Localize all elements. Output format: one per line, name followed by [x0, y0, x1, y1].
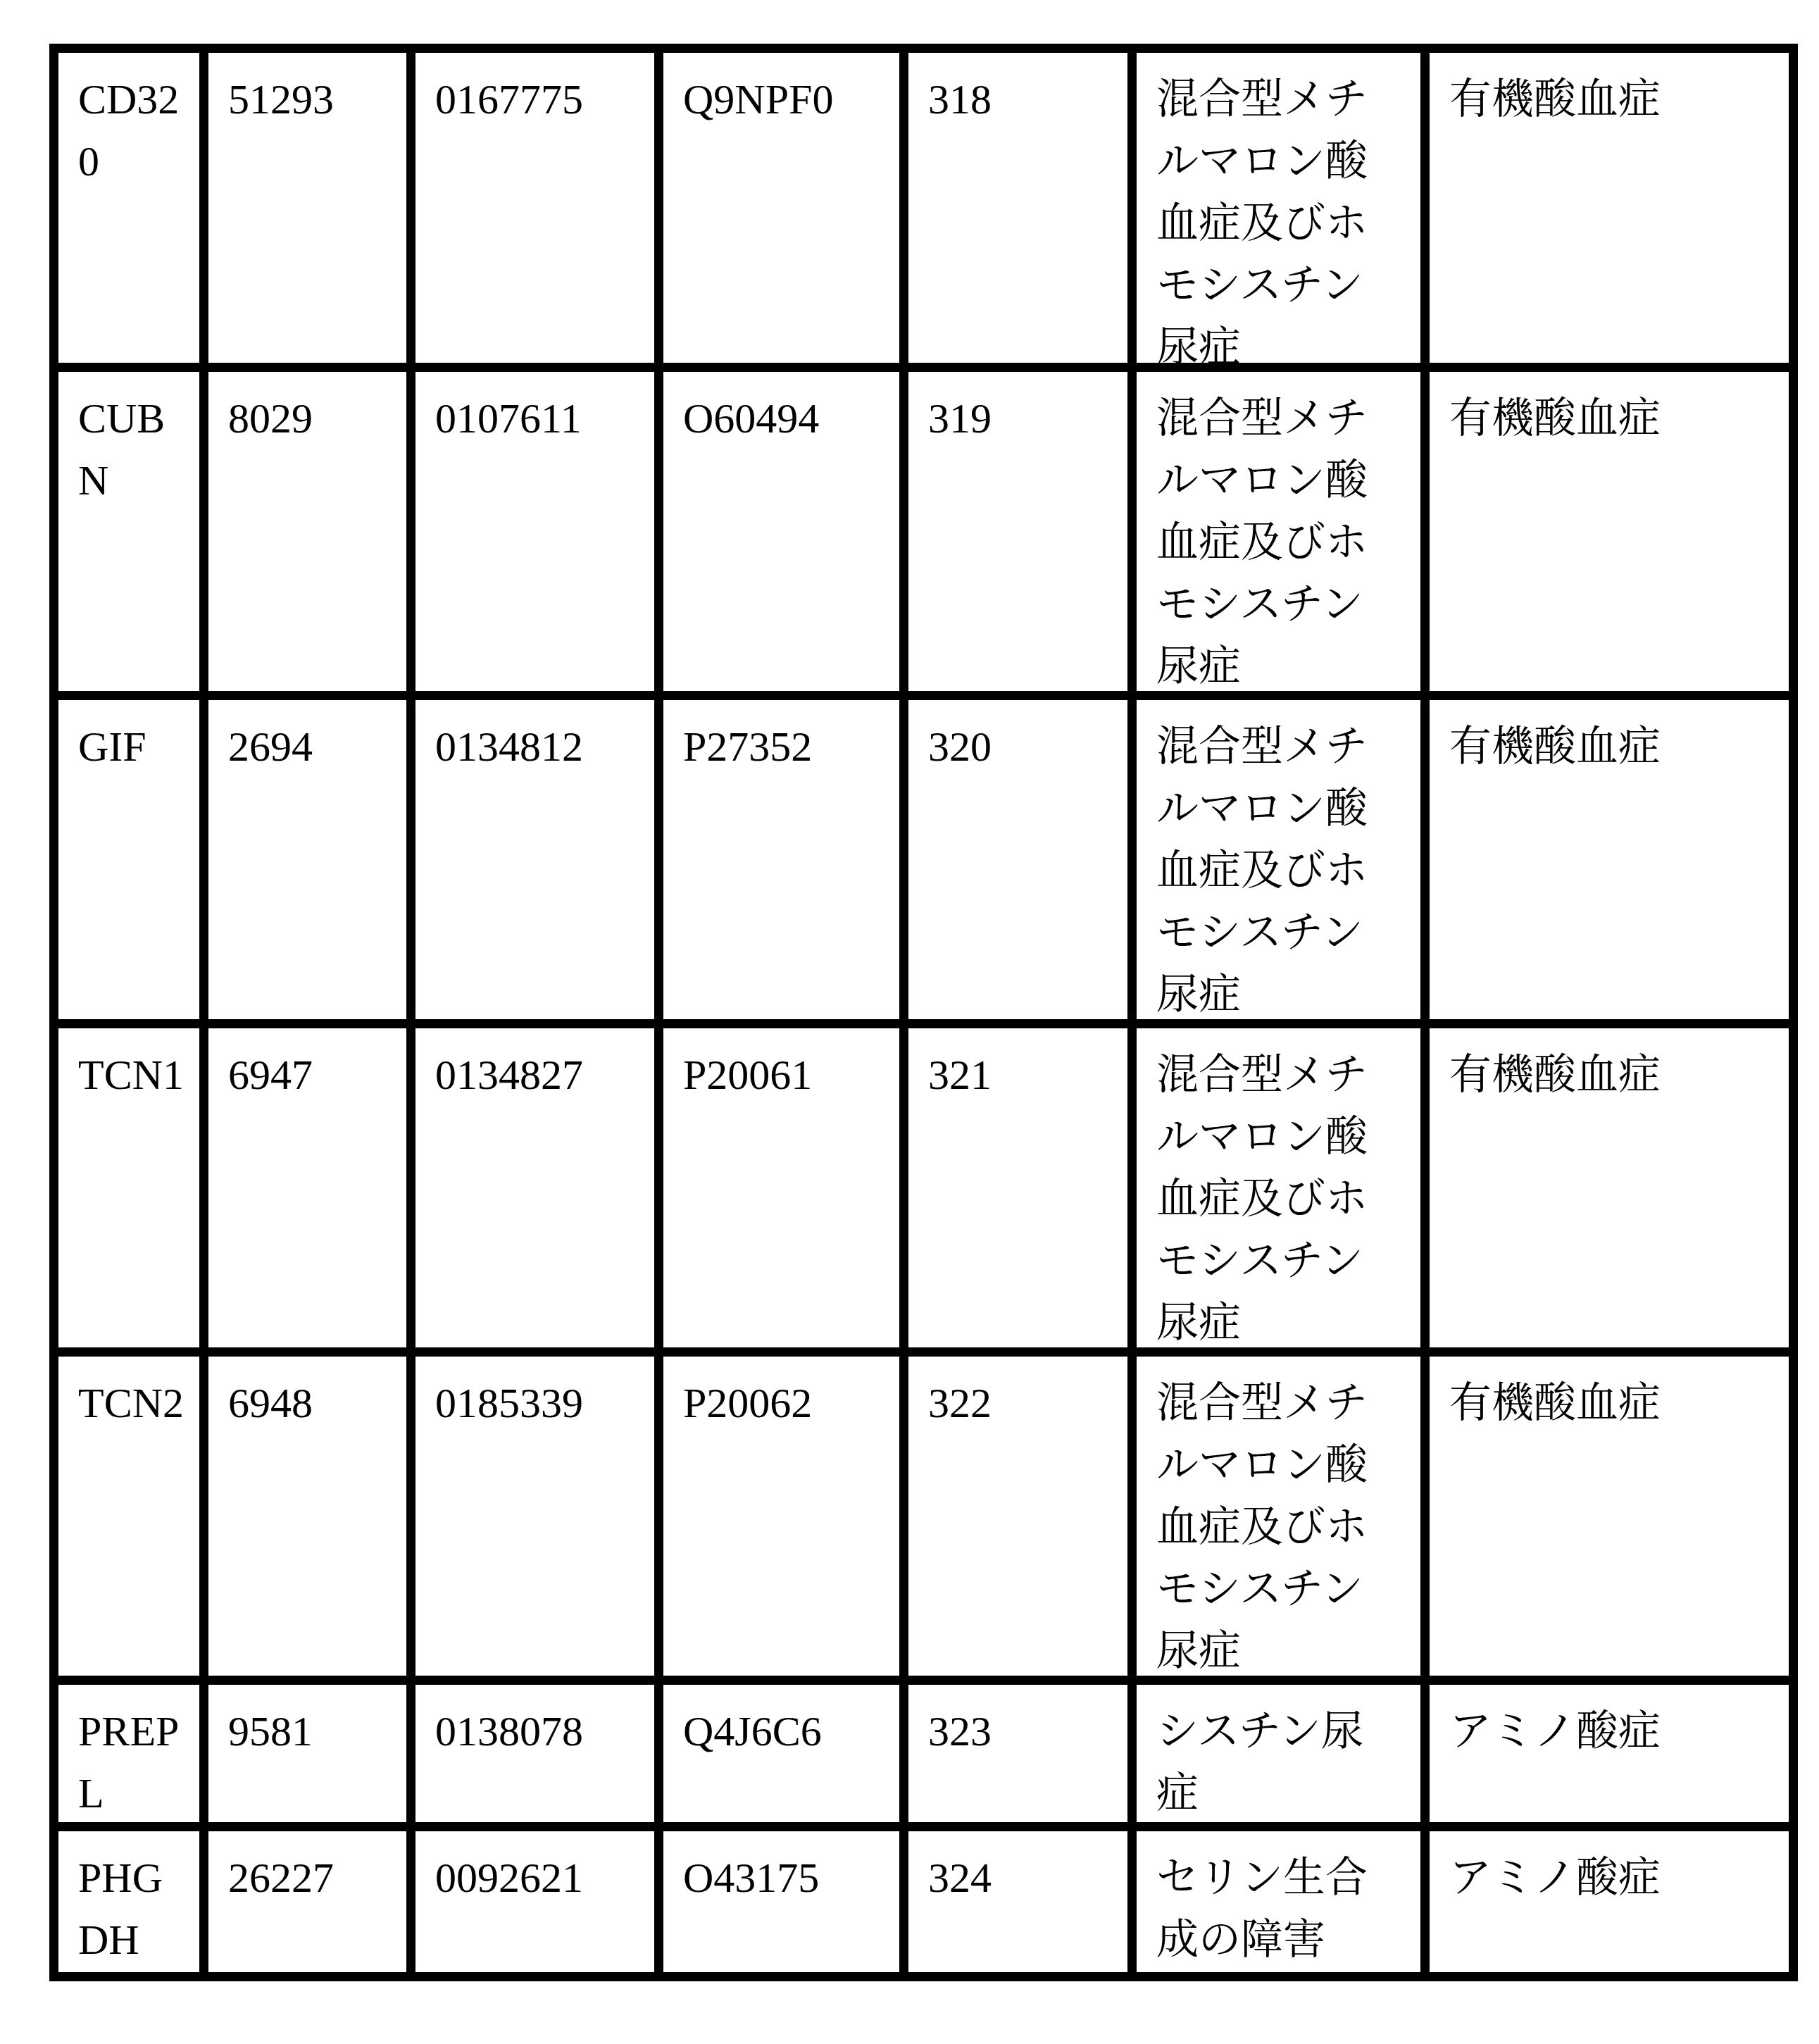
table-cell: アミノ酸症	[1430, 1685, 1789, 1831]
table-cell: PHG DH	[58, 1831, 208, 1972]
table-cell: 有機酸血症	[1430, 1357, 1789, 1685]
table-cell: 2694	[208, 700, 415, 1028]
table-cell: 322	[908, 1357, 1137, 1685]
table-cell: 51293	[208, 53, 415, 372]
table-cell: シスチン尿 症	[1137, 1685, 1430, 1831]
table-cell: O43175	[663, 1831, 908, 1972]
table-cell: 0107611	[415, 372, 663, 700]
table-cell: 6948	[208, 1357, 415, 1685]
table-cell: TCN2	[58, 1357, 208, 1685]
table-cell: CD32 0	[58, 53, 208, 372]
table-cell: O60494	[663, 372, 908, 700]
table-cell: GIF	[58, 700, 208, 1028]
table-cell: 0134812	[415, 700, 663, 1028]
table-cell: TCN1	[58, 1028, 208, 1357]
table-cell: 0138078	[415, 1685, 663, 1831]
table-cell: Q4J6C6	[663, 1685, 908, 1831]
table-cell: 318	[908, 53, 1137, 372]
table-cell: アミノ酸症	[1430, 1831, 1789, 1972]
table-cell: P20062	[663, 1357, 908, 1685]
table-cell: 混合型メチ ルマロン酸 血症及びホ モシスチン 尿症	[1137, 53, 1430, 372]
table-cell: P27352	[663, 700, 908, 1028]
table-cell: 8029	[208, 372, 415, 700]
table-cell: P20061	[663, 1028, 908, 1357]
table-cell: 0134827	[415, 1028, 663, 1357]
table-cell: 321	[908, 1028, 1137, 1357]
table-cell: 0185339	[415, 1357, 663, 1685]
table-cell: 混合型メチ ルマロン酸 血症及びホ モシスチン 尿症	[1137, 700, 1430, 1028]
table-cell: CUB N	[58, 372, 208, 700]
table-cell: 0167775	[415, 53, 663, 372]
table-cell: 有機酸血症	[1430, 53, 1789, 372]
table-cell: 混合型メチ ルマロン酸 血症及びホ モシスチン 尿症	[1137, 372, 1430, 700]
table-cell: 6947	[208, 1028, 415, 1357]
table-cell: 319	[908, 372, 1137, 700]
data-table: CD32 0512930167775Q9NPF0318混合型メチ ルマロン酸 血…	[49, 44, 1798, 1981]
table-cell: 9581	[208, 1685, 415, 1831]
table-cell: PREP L	[58, 1685, 208, 1831]
table-cell: Q9NPF0	[663, 53, 908, 372]
table-cell: 有機酸血症	[1430, 700, 1789, 1028]
table-cell: 有機酸血症	[1430, 372, 1789, 700]
table-cell: 有機酸血症	[1430, 1028, 1789, 1357]
table-cell: セリン生合 成の障害	[1137, 1831, 1430, 1972]
table-cell: 0092621	[415, 1831, 663, 1972]
table-cell: 320	[908, 700, 1137, 1028]
table-cell: 混合型メチ ルマロン酸 血症及びホ モシスチン 尿症	[1137, 1357, 1430, 1685]
document-page: { "colors": { "background": "#ffffff", "…	[0, 0, 1819, 2044]
table-cell: 323	[908, 1685, 1137, 1831]
table-cell: 324	[908, 1831, 1137, 1972]
table-cell: 混合型メチ ルマロン酸 血症及びホ モシスチン 尿症	[1137, 1028, 1430, 1357]
table-cell: 26227	[208, 1831, 415, 1972]
